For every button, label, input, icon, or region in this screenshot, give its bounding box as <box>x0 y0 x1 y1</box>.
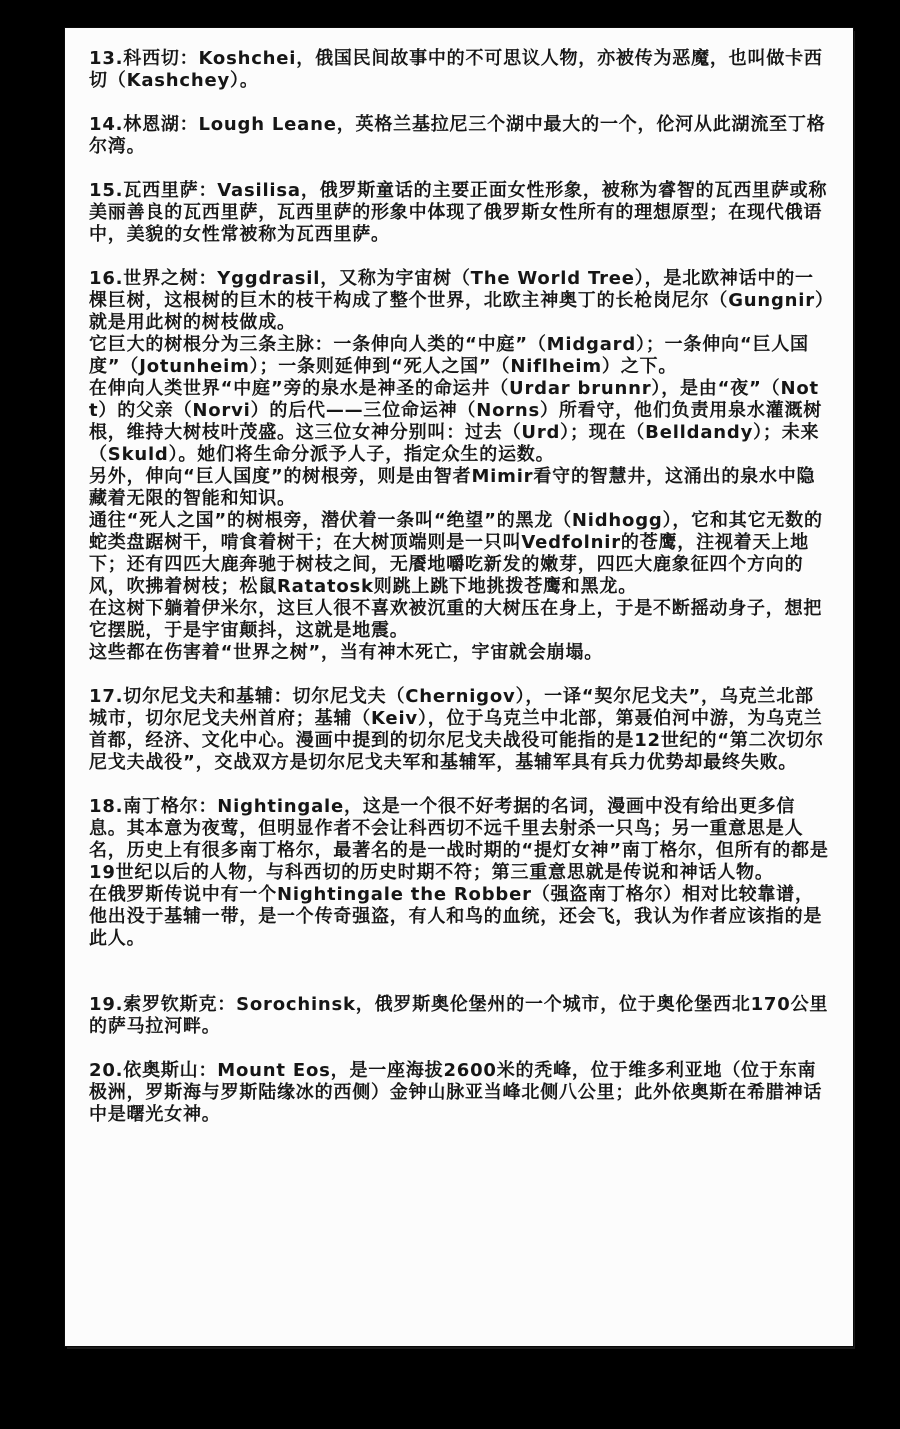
note-paragraph: 14.林恩湖：Lough Leane，英格兰基拉尼三个湖中最大的一个，伦河从此湖… <box>89 114 831 158</box>
note-paragraph: 17.切尔尼戈夫和基辅：切尔尼戈夫（Chernigov），一译“契尔尼戈夫”，乌… <box>89 686 831 774</box>
note-item-15: 15.瓦西里萨：Vasilisa，俄罗斯童话的主要正面女性形象，被称为睿智的瓦西… <box>89 180 831 246</box>
note-paragraph: 15.瓦西里萨：Vasilisa，俄罗斯童话的主要正面女性形象，被称为睿智的瓦西… <box>89 180 831 246</box>
note-item-19: 19.索罗钦斯克：Sorochinsk，俄罗斯奥伦堡州的一个城市，位于奥伦堡西北… <box>89 994 831 1038</box>
scan-background: 13.科西切：Koshchei，俄国民间故事中的不可思议人物，亦被传为恶魔，也叫… <box>0 0 900 1429</box>
note-paragraph: 通往“死人之国”的树根旁，潜伏着一条叫“绝望”的黑龙（Nidhogg），它和其它… <box>89 510 831 598</box>
note-paragraph: 这些都在伤害着“世界之树”，当有神木死亡，宇宙就会崩塌。 <box>89 642 831 664</box>
note-item-16: 16.世界之树：Yggdrasil，又称为宇宙树（The World Tree）… <box>89 268 831 664</box>
note-paragraph: 20.依奥斯山：Mount Eos，是一座海拔2600米的秃峰，位于维多利亚地（… <box>89 1060 831 1126</box>
note-paragraph: 它巨大的树根分为三条主脉：一条伸向人类的“中庭”（Midgard）；一条伸向“巨… <box>89 334 831 378</box>
note-paragraph: 18.南丁格尔：Nightingale，这是一个很不好考据的名词，漫画中没有给出… <box>89 796 831 884</box>
note-paragraph: 19.索罗钦斯克：Sorochinsk，俄罗斯奥伦堡州的一个城市，位于奥伦堡西北… <box>89 994 831 1038</box>
note-item-14: 14.林恩湖：Lough Leane，英格兰基拉尼三个湖中最大的一个，伦河从此湖… <box>89 114 831 158</box>
document-page: 13.科西切：Koshchei，俄国民间故事中的不可思议人物，亦被传为恶魔，也叫… <box>65 28 853 1346</box>
note-item-20: 20.依奥斯山：Mount Eos，是一座海拔2600米的秃峰，位于维多利亚地（… <box>89 1060 831 1126</box>
note-paragraph: 在俄罗斯传说中有一个Nightingale the Robber（强盗南丁格尔）… <box>89 884 831 950</box>
note-item-13: 13.科西切：Koshchei，俄国民间故事中的不可思议人物，亦被传为恶魔，也叫… <box>89 48 831 92</box>
note-paragraph: 在伸向人类世界“中庭”旁的泉水是神圣的命运井（Urdar brunnr），是由“… <box>89 378 831 466</box>
note-item-17: 17.切尔尼戈夫和基辅：切尔尼戈夫（Chernigov），一译“契尔尼戈夫”，乌… <box>89 686 831 774</box>
note-paragraph: 16.世界之树：Yggdrasil，又称为宇宙树（The World Tree）… <box>89 268 831 334</box>
note-paragraph: 在这树下躺着伊米尔，这巨人很不喜欢被沉重的大树压在身上，于是不断摇动身子，想把它… <box>89 598 831 642</box>
note-paragraph: 13.科西切：Koshchei，俄国民间故事中的不可思议人物，亦被传为恶魔，也叫… <box>89 48 831 92</box>
note-paragraph: 另外，伸向“巨人国度”的树根旁，则是由智者Mimir看守的智慧井，这涌出的泉水中… <box>89 466 831 510</box>
note-item-18: 18.南丁格尔：Nightingale，这是一个很不好考据的名词，漫画中没有给出… <box>89 796 831 950</box>
